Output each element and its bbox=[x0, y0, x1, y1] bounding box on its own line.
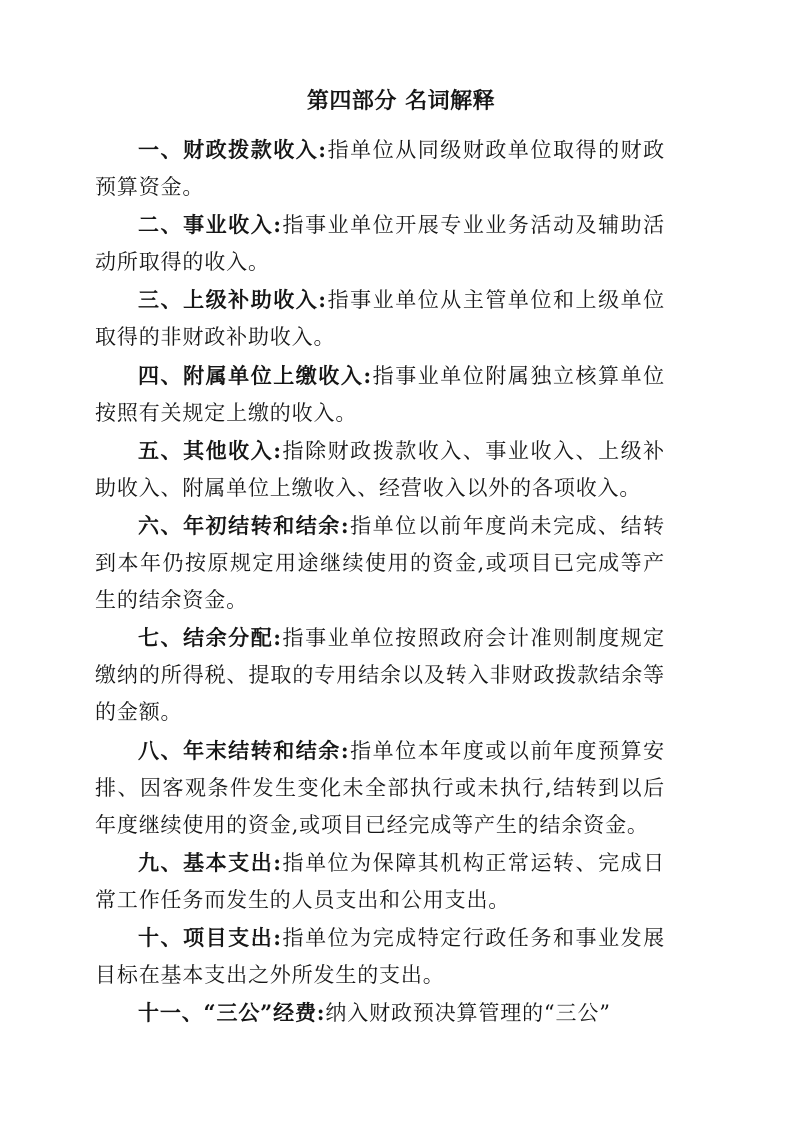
glossary-entry: 六、年初结转和结余:指单位以前年度尚未完成、结转到本年仍按原规定用途继续使用的资… bbox=[95, 507, 665, 619]
page-title: 第四部分 名词解释 bbox=[95, 82, 665, 122]
glossary-entry: 三、上级补助收入:指事业单位从主管单位和上级单位取得的非财政补助收入。 bbox=[95, 281, 665, 356]
glossary-term: 五、其他收入: bbox=[138, 438, 282, 463]
glossary-entry: 五、其他收入:指除财政拨款收入、事业收入、上级补助收入、附属单位上缴收入、经营收… bbox=[95, 432, 665, 507]
glossary-entry: 七、结余分配:指事业单位按照政府会计准则制度规定缴纳的所得税、提取的专用结余以及… bbox=[95, 619, 665, 731]
glossary-term: 四、附属单位上缴收入: bbox=[138, 363, 372, 388]
glossary-term: 十一、“三公”经费: bbox=[138, 1000, 325, 1025]
glossary-term: 八、年末结转和结余: bbox=[138, 738, 349, 763]
page-title-text: 第四部分 名词解释 bbox=[307, 89, 495, 114]
glossary-term: 六、年初结转和结余: bbox=[138, 513, 349, 538]
glossary-term: 九、基本支出: bbox=[138, 850, 282, 875]
glossary-term: 二、事业收入: bbox=[138, 212, 282, 237]
glossary-term: 十、项目支出: bbox=[138, 925, 282, 950]
glossary-definition: 纳入财政预决算管理的“三公” bbox=[325, 1001, 610, 1025]
glossary-entry: 十、项目支出:指单位为完成特定行政任务和事业发展目标在基本支出之外所发生的支出。 bbox=[95, 919, 665, 994]
glossary-term: 一、财政拨款收入: bbox=[138, 137, 327, 162]
glossary-entry: 四、附属单位上缴收入:指事业单位附属独立核算单位按照有关规定上缴的收入。 bbox=[95, 357, 665, 432]
document-page: 第四部分 名词解释 一、财政拨款收入:指单位从同级财政单位取得的财政预算资金。 … bbox=[0, 0, 793, 1122]
glossary-term: 七、结余分配: bbox=[138, 625, 282, 650]
glossary-entry: 二、事业收入:指事业单位开展专业业务活动及辅助活动所取得的收入。 bbox=[95, 206, 665, 281]
glossary-entry: 十一、“三公”经费:纳入财政预决算管理的“三公” bbox=[95, 994, 665, 1032]
glossary-entry: 九、基本支出:指单位为保障其机构正常运转、完成日常工作任务而发生的人员支出和公用… bbox=[95, 844, 665, 919]
glossary-entry: 一、财政拨款收入:指单位从同级财政单位取得的财政预算资金。 bbox=[95, 131, 665, 206]
glossary-entry: 八、年末结转和结余:指单位本年度或以前年度预算安排、因客观条件发生变化未全部执行… bbox=[95, 732, 665, 844]
glossary-term: 三、上级补助收入: bbox=[138, 287, 327, 312]
page-content: 第四部分 名词解释 一、财政拨款收入:指单位从同级财政单位取得的财政预算资金。 … bbox=[95, 82, 665, 1032]
